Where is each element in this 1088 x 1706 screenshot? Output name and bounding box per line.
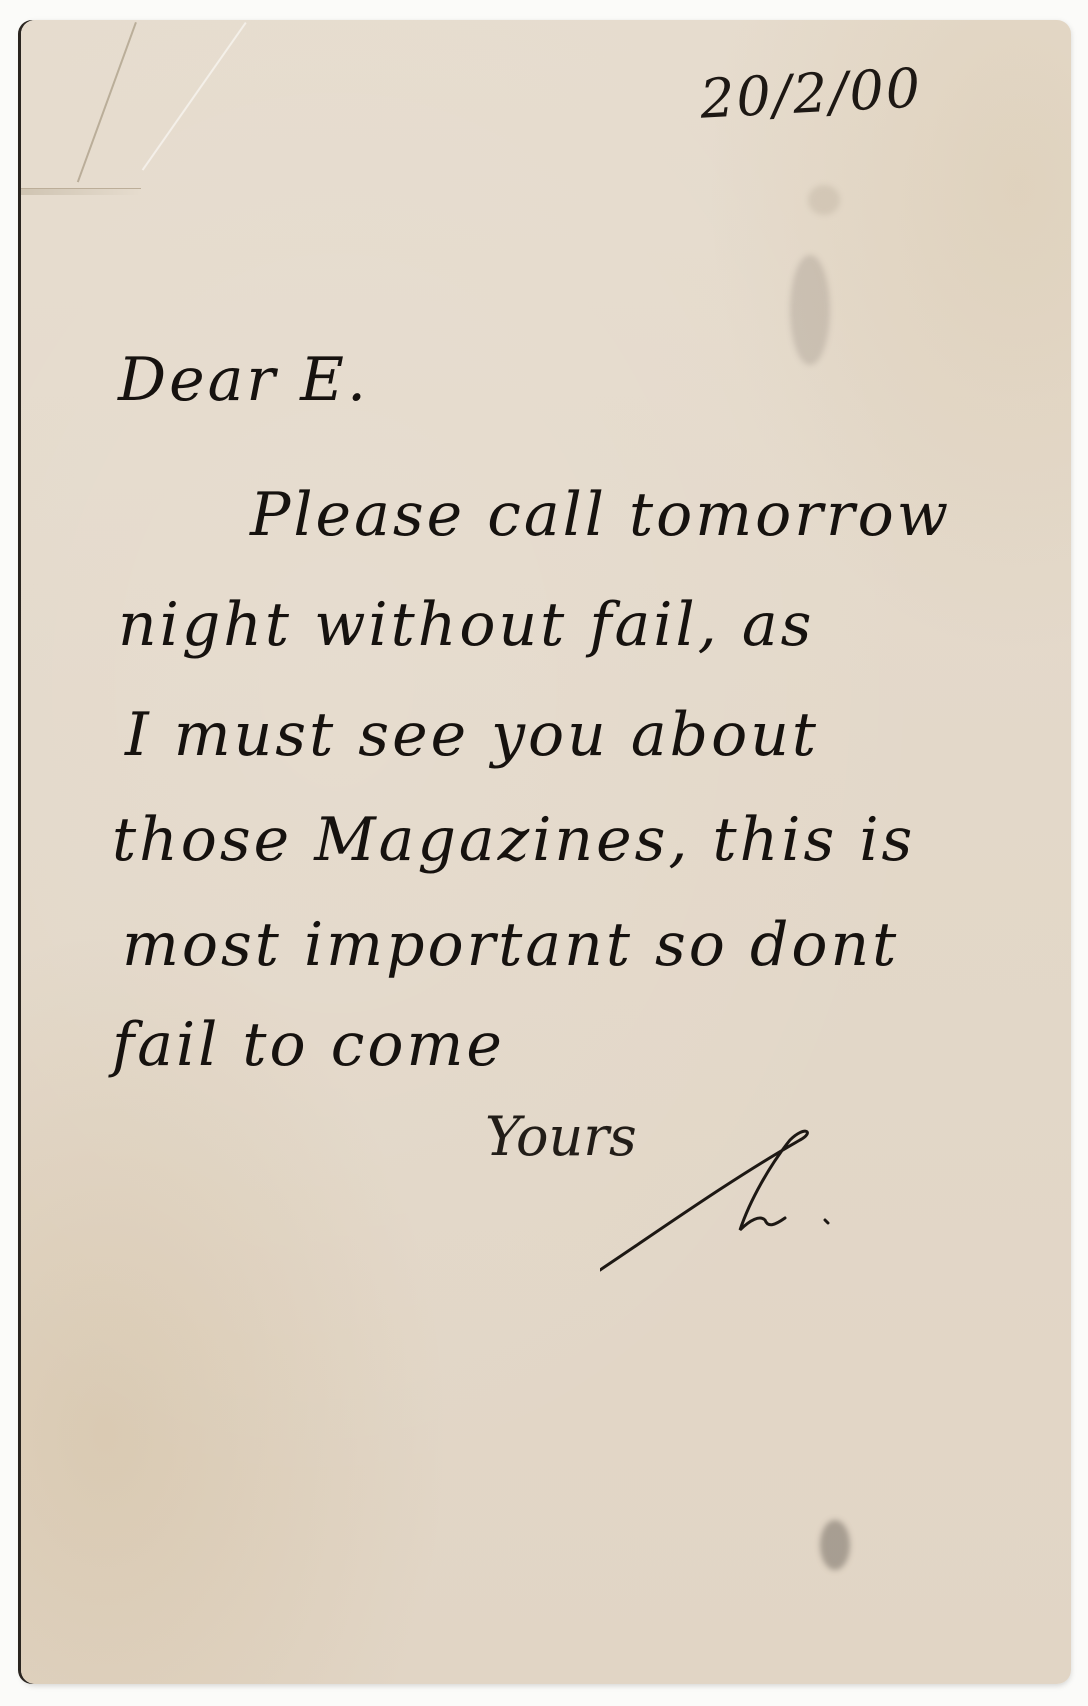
greeting: Dear E. — [118, 345, 369, 415]
signature-icon — [600, 1120, 870, 1280]
body-line-2: night without fail, as — [118, 590, 814, 660]
body-line-5: most important so dont — [122, 910, 899, 980]
ink-smudge — [820, 1520, 850, 1570]
body-line-3: I must see you about — [125, 700, 819, 770]
body-line-6: fail to come — [112, 1010, 505, 1080]
letter-date: 20/2/00 — [699, 56, 924, 131]
body-line-4: those Magazines, this is — [112, 805, 915, 875]
ink-smudge — [790, 255, 830, 365]
body-line-1: Please call tomorrow — [250, 480, 951, 550]
torn-corner-edge — [21, 188, 141, 195]
ink-smudge — [808, 185, 840, 215]
